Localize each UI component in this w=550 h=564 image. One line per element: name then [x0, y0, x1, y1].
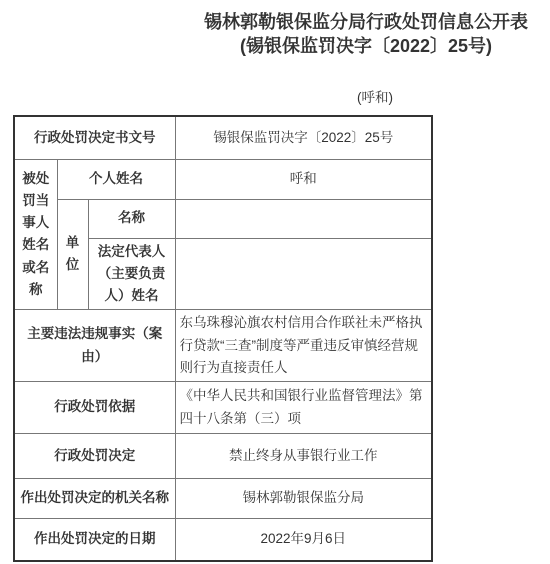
authority-value: 锡林郭勒银保监分局	[175, 479, 432, 519]
date-value: 2022年9月6日	[175, 519, 432, 561]
unit-label: 单位	[57, 199, 88, 310]
row-decision: 行政处罚决定 禁止终身从事银行业工作	[14, 434, 432, 479]
party-group-label: 被处罚当事人姓名或名称	[14, 159, 57, 310]
doc-number-value: 锡银保监罚决字〔2022〕25号	[175, 116, 432, 159]
document-title-line1: 锡林郭勒银保监分局行政处罚信息公开表	[0, 10, 550, 34]
row-date: 作出处罚决定的日期 2022年9月6日	[14, 519, 432, 561]
date-label: 作出处罚决定的日期	[14, 519, 175, 561]
unit-name-value	[175, 199, 432, 238]
row-unit-name: 单位 名称	[14, 199, 432, 238]
row-individual-name: 被处罚当事人姓名或名称 个人姓名 呼和	[14, 159, 432, 199]
row-facts: 主要违法违规事实（案由） 东乌珠穆沁旗农村信用合作联社未严格执行贷款“三查”制度…	[14, 310, 432, 382]
basis-value: 《中华人民共和国银行业监督管理法》第四十八条第（三）项	[175, 382, 432, 434]
penalty-table: 行政处罚决定书文号 锡银保监罚决字〔2022〕25号 被处罚当事人姓名或名称 个…	[13, 115, 433, 562]
unit-name-label: 名称	[88, 199, 175, 238]
individual-name-value: 呼和	[175, 159, 432, 199]
facts-value: 东乌珠穆沁旗农村信用合作联社未严格执行贷款“三查”制度等严重违反审慎经营规则行为…	[175, 310, 432, 382]
legal-rep-label: 法定代表人（主要负责人）姓名	[88, 238, 175, 310]
document-header: 锡林郭勒银保监分局行政处罚信息公开表 (锡银保监罚决字〔2022〕25号)	[0, 10, 550, 58]
row-basis: 行政处罚依据 《中华人民共和国银行业监督管理法》第四十八条第（三）项	[14, 382, 432, 434]
document-title-line2: (锡银保监罚决字〔2022〕25号)	[0, 34, 550, 58]
decision-label: 行政处罚决定	[14, 434, 175, 479]
row-authority: 作出处罚决定的机关名称 锡林郭勒银保监分局	[14, 479, 432, 519]
facts-label: 主要违法违规事实（案由）	[14, 310, 175, 382]
person-annotation: (呼和)	[0, 86, 550, 106]
legal-rep-value	[175, 238, 432, 310]
basis-label: 行政处罚依据	[14, 382, 175, 434]
row-doc-number: 行政处罚决定书文号 锡银保监罚决字〔2022〕25号	[14, 116, 432, 159]
individual-name-label: 个人姓名	[57, 159, 175, 199]
authority-label: 作出处罚决定的机关名称	[14, 479, 175, 519]
doc-number-label: 行政处罚决定书文号	[14, 116, 175, 159]
decision-value: 禁止终身从事银行业工作	[175, 434, 432, 479]
